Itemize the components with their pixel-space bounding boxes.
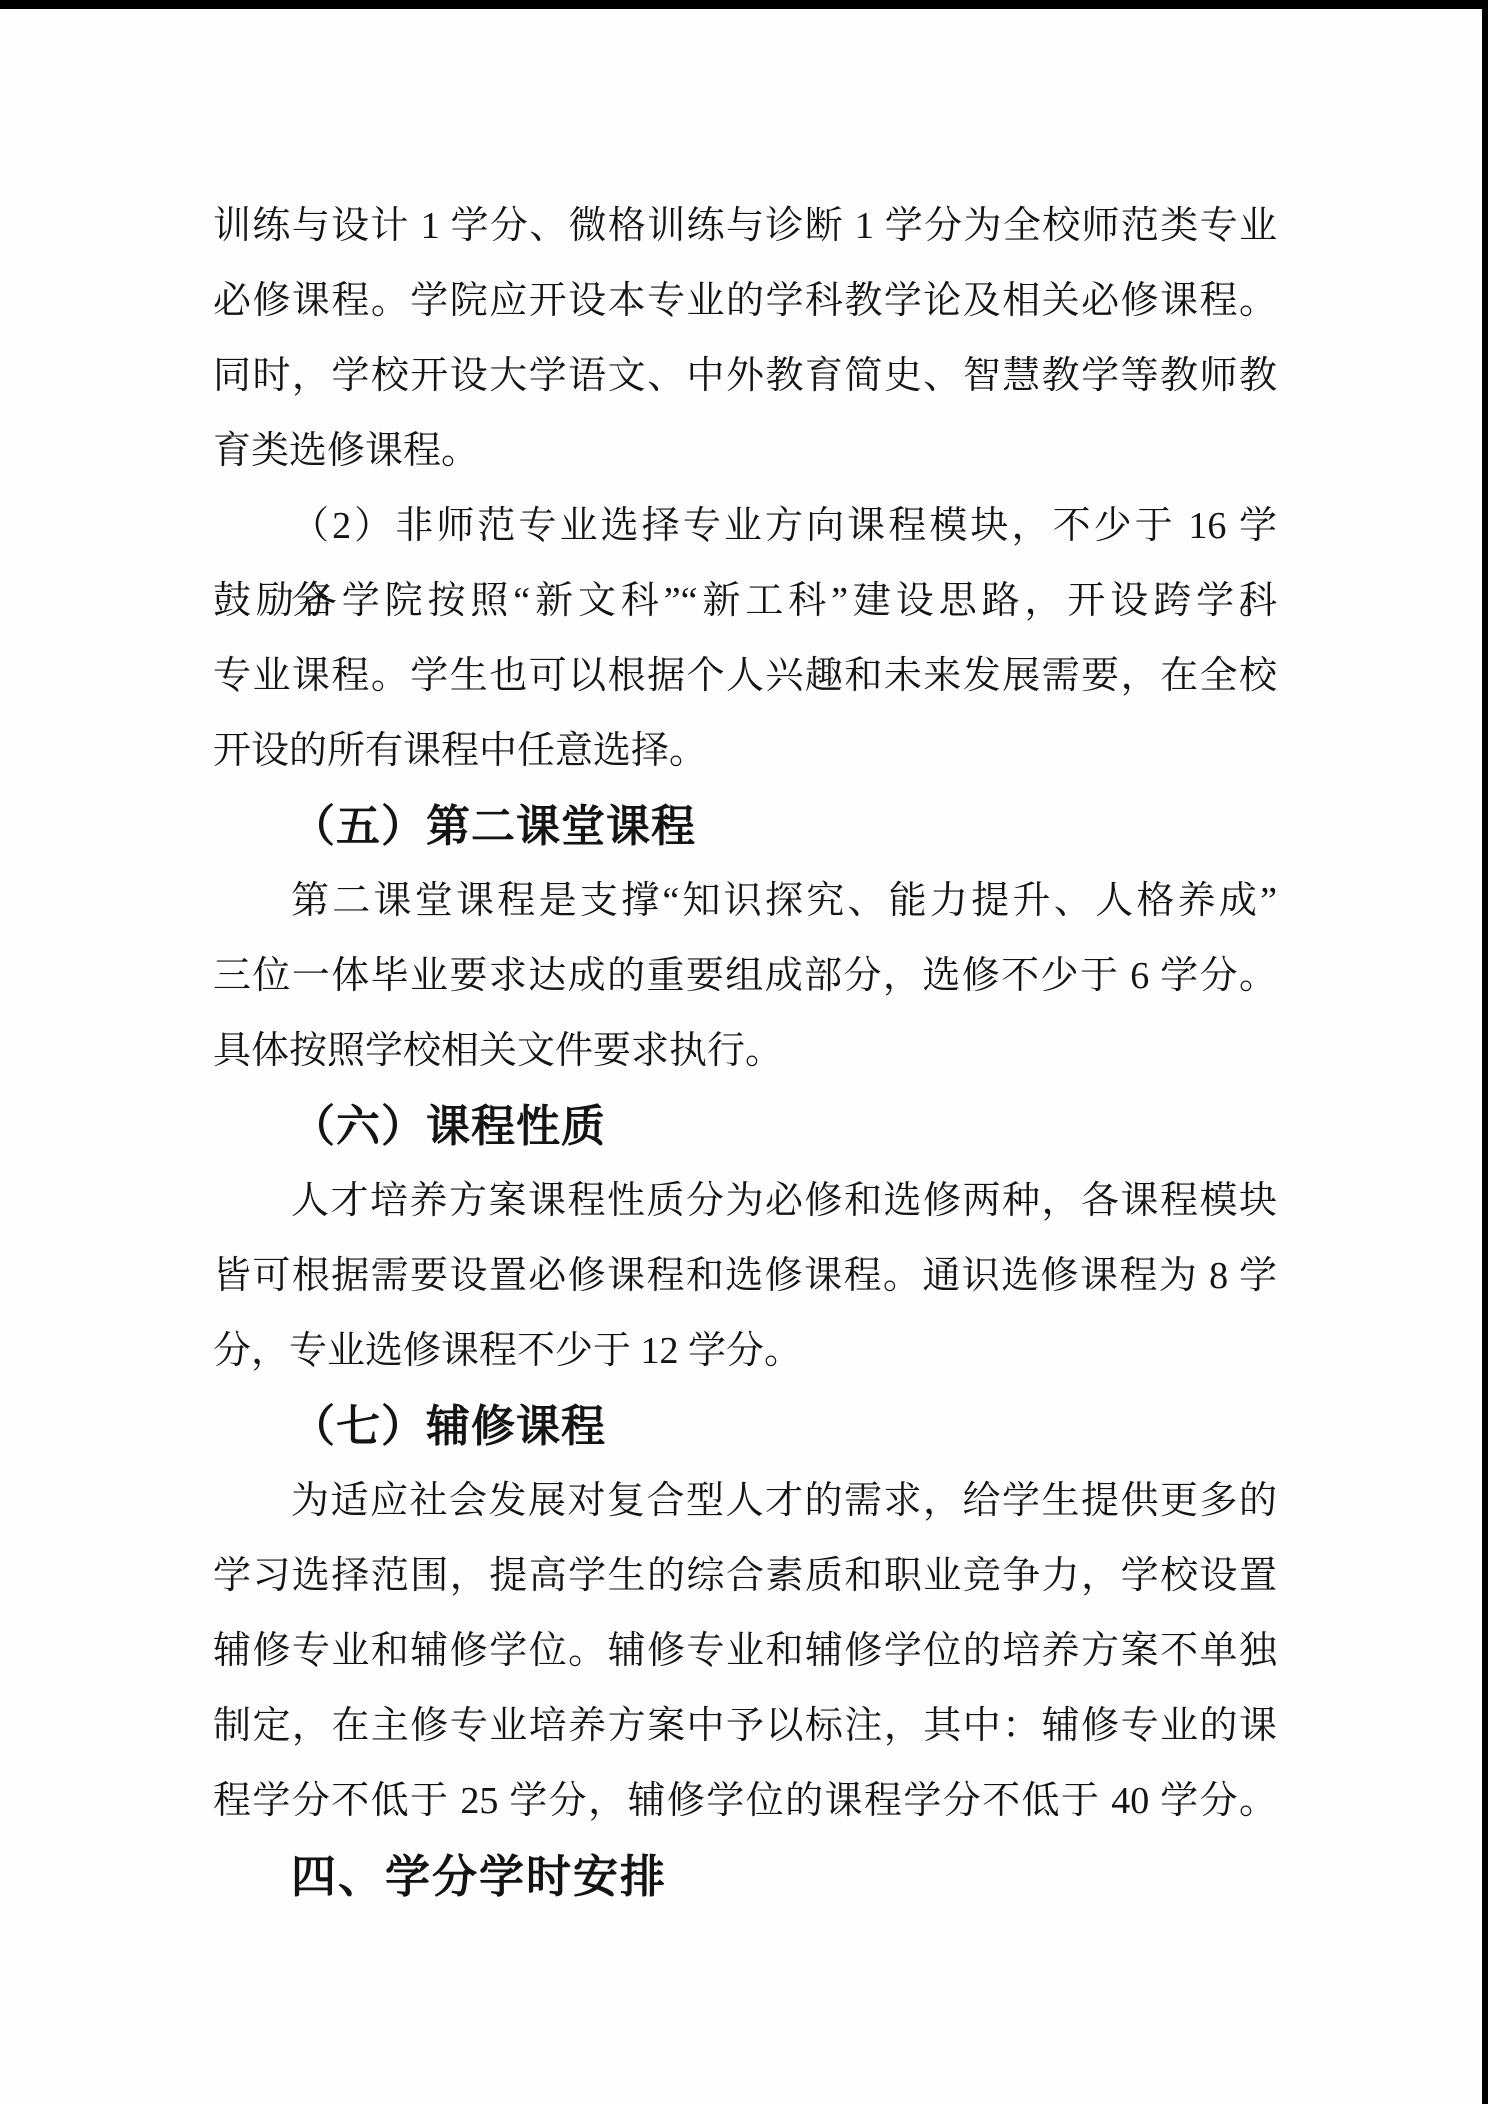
page-right-edge <box>1482 0 1488 2104</box>
text-line: 训练与设计 1 学分、微格训练与诊断 1 学分为全校师范类专业 <box>213 189 1277 264</box>
text-line: 为适应社会发展对复合型人才的需求，给学生提供更多的 <box>213 1464 1277 1539</box>
text-line: 开设的所有课程中任意选择。 <box>213 714 1277 789</box>
text-line: 皆可根据需要设置必修课程和选修课程。通识选修课程为 8 学 <box>213 1239 1277 1314</box>
text-line: （2）非师范专业选择专业方向课程模块，不少于 16 学分。 <box>213 489 1277 564</box>
text-line: 鼓励各学院按照“新文科”“新工科”建设思路，开设跨学科 <box>213 564 1277 639</box>
document-text-block: 训练与设计 1 学分、微格训练与诊断 1 学分为全校师范类专业 必修课程。学院应… <box>213 189 1277 1914</box>
text-line: 必修课程。学院应开设本专业的学科教学论及相关必修课程。 <box>213 264 1277 339</box>
section-heading-6: （六）课程性质 <box>213 1089 1277 1164</box>
chapter-heading-4: 四、学分学时安排 <box>213 1839 1277 1914</box>
text-line: 专业课程。学生也可以根据个人兴趣和未来发展需要，在全校 <box>213 639 1277 714</box>
section-heading-5: （五）第二课堂课程 <box>213 789 1277 864</box>
text-line: 三位一体毕业要求达成的重要组成部分，选修不少于 6 学分。 <box>213 939 1277 1014</box>
document-page: 训练与设计 1 学分、微格训练与诊断 1 学分为全校师范类专业 必修课程。学院应… <box>0 0 1488 2104</box>
text-line: 程学分不低于 25 学分，辅修学位的课程学分不低于 40 学分。 <box>213 1764 1277 1839</box>
text-line: 分，专业选修课程不少于 12 学分。 <box>213 1314 1277 1389</box>
text-line: 具体按照学校相关文件要求执行。 <box>213 1014 1277 1089</box>
text-line: 同时，学校开设大学语文、中外教育简史、智慧教学等教师教 <box>213 339 1277 414</box>
text-line: 育类选修课程。 <box>213 414 1277 489</box>
page-top-edge <box>0 0 1488 9</box>
text-line: 学习选择范围，提高学生的综合素质和职业竞争力，学校设置 <box>213 1539 1277 1614</box>
section-heading-7: （七）辅修课程 <box>213 1389 1277 1464</box>
text-line: 辅修专业和辅修学位。辅修专业和辅修学位的培养方案不单独 <box>213 1614 1277 1689</box>
text-line: 第二课堂课程是支撑“知识探究、能力提升、人格养成” <box>213 864 1277 939</box>
text-line: 制定，在主修专业培养方案中予以标注，其中：辅修专业的课 <box>213 1689 1277 1764</box>
text-line: 人才培养方案课程性质分为必修和选修两种，各课程模块 <box>213 1164 1277 1239</box>
